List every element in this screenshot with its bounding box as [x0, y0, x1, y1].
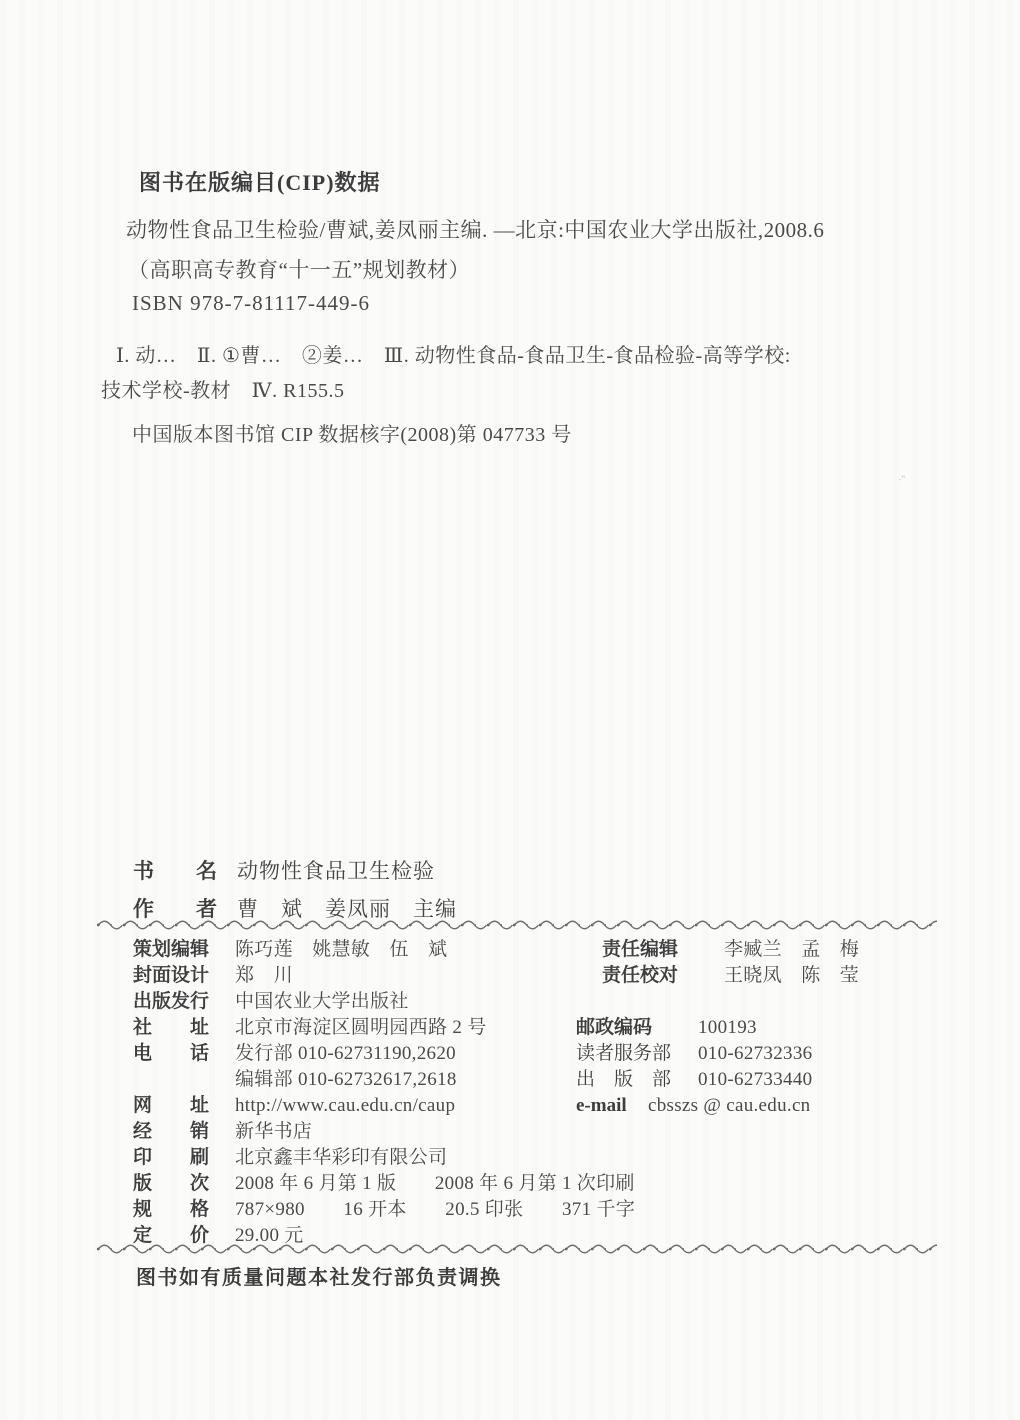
colophon-row-printer: 印 刷 北京鑫丰华彩印有限公司 — [133, 1145, 993, 1171]
quality-notice: 图书如有质量问题本社发行部负责调换 — [136, 1261, 502, 1290]
colophon-row-distribution: 经 销 新华书店 — [133, 1119, 993, 1145]
colophon-row-website: 网 址 http://www.cau.edu.cn/caup — [133, 1093, 993, 1119]
colophon-row-format: 规 格 787×980 16 开本 20.5 印张 371 千字 — [133, 1197, 993, 1223]
cip-series-line: （高职高专教育“十一五”规划教材） — [128, 254, 470, 284]
colophon-row-phone2: 编辑部 010-62732617,2618 — [133, 1067, 993, 1093]
book-title-value: 动物性食品卫生检验 — [237, 852, 435, 890]
colophon-row-publisher: 出版发行 中国农业大学出版社 — [133, 989, 993, 1015]
wavy-divider-top — [97, 919, 937, 931]
book-copyright-page: { "cip": { "header": "图书在版编目(CIP)数据", "l… — [0, 0, 1020, 1420]
cip-title-line: 动物性食品卫生检验/曹斌,姜凤丽主编. —北京:中国农业大学出版社,2008.6 — [126, 214, 824, 244]
colophon-row-proofreader: 责任校对 王晓凤 陈 莹 — [576, 963, 859, 989]
colophon-row-postcode: 邮政编码 100193 — [576, 1015, 757, 1041]
book-title-row: 书 名 动物性食品卫生检验 — [133, 852, 457, 890]
cip-classification-line2: 技术学校-教材 Ⅳ. R155.5 — [101, 374, 344, 403]
scan-smudge: ·'' — [897, 474, 906, 487]
isbn-number: ISBN 978-7-81117-449-6 — [132, 291, 370, 316]
colophon-row-email: e-mail cbsszs @ cau.edu.cn — [576, 1093, 810, 1119]
colophon-row-planning-editor: 策划编辑 陈巧莲 姚慧敏 伍 斌 — [133, 937, 993, 963]
colophon-row-cover-design: 封面设计 郑 川 — [133, 963, 993, 989]
colophon-row-address: 社 址 北京市海淀区圆明园西路 2 号 — [133, 1015, 993, 1041]
colophon-row-edition: 版 次 2008 年 6 月第 1 版 2008 年 6 月第 1 次印刷 — [133, 1171, 993, 1197]
colophon-row-reader-service: 读者服务部 010-62732336 — [576, 1041, 812, 1067]
cip-header: 图书在版编目(CIP)数据 — [139, 166, 381, 197]
colophon-row-phone: 电 话 发行部 010-62731190,2620 — [133, 1041, 993, 1067]
cip-classification-line1: Ⅰ. 动… Ⅱ. ①曹… ②姜… Ⅲ. 动物性食品-食品卫生-食品检验-高等学校… — [116, 339, 791, 368]
book-info-block: 书 名 动物性食品卫生检验 作 者 曹 斌 姜凤丽 主编 — [133, 852, 457, 928]
wavy-divider-bottom — [97, 1243, 937, 1255]
book-title-label: 书 名 — [133, 852, 237, 890]
colophon-row-publishing-dept: 出 版 部 010-62733440 — [576, 1067, 812, 1093]
colophon-block: 策划编辑 陈巧莲 姚慧敏 伍 斌 封面设计 郑 川 出版发行 中国农业大学出版社… — [133, 937, 993, 1249]
colophon-row-responsible-editor: 责任编辑 李臧兰 孟 梅 — [576, 937, 859, 963]
cip-record-number: 中国版本图书馆 CIP 数据核字(2008)第 047733 号 — [132, 418, 572, 447]
